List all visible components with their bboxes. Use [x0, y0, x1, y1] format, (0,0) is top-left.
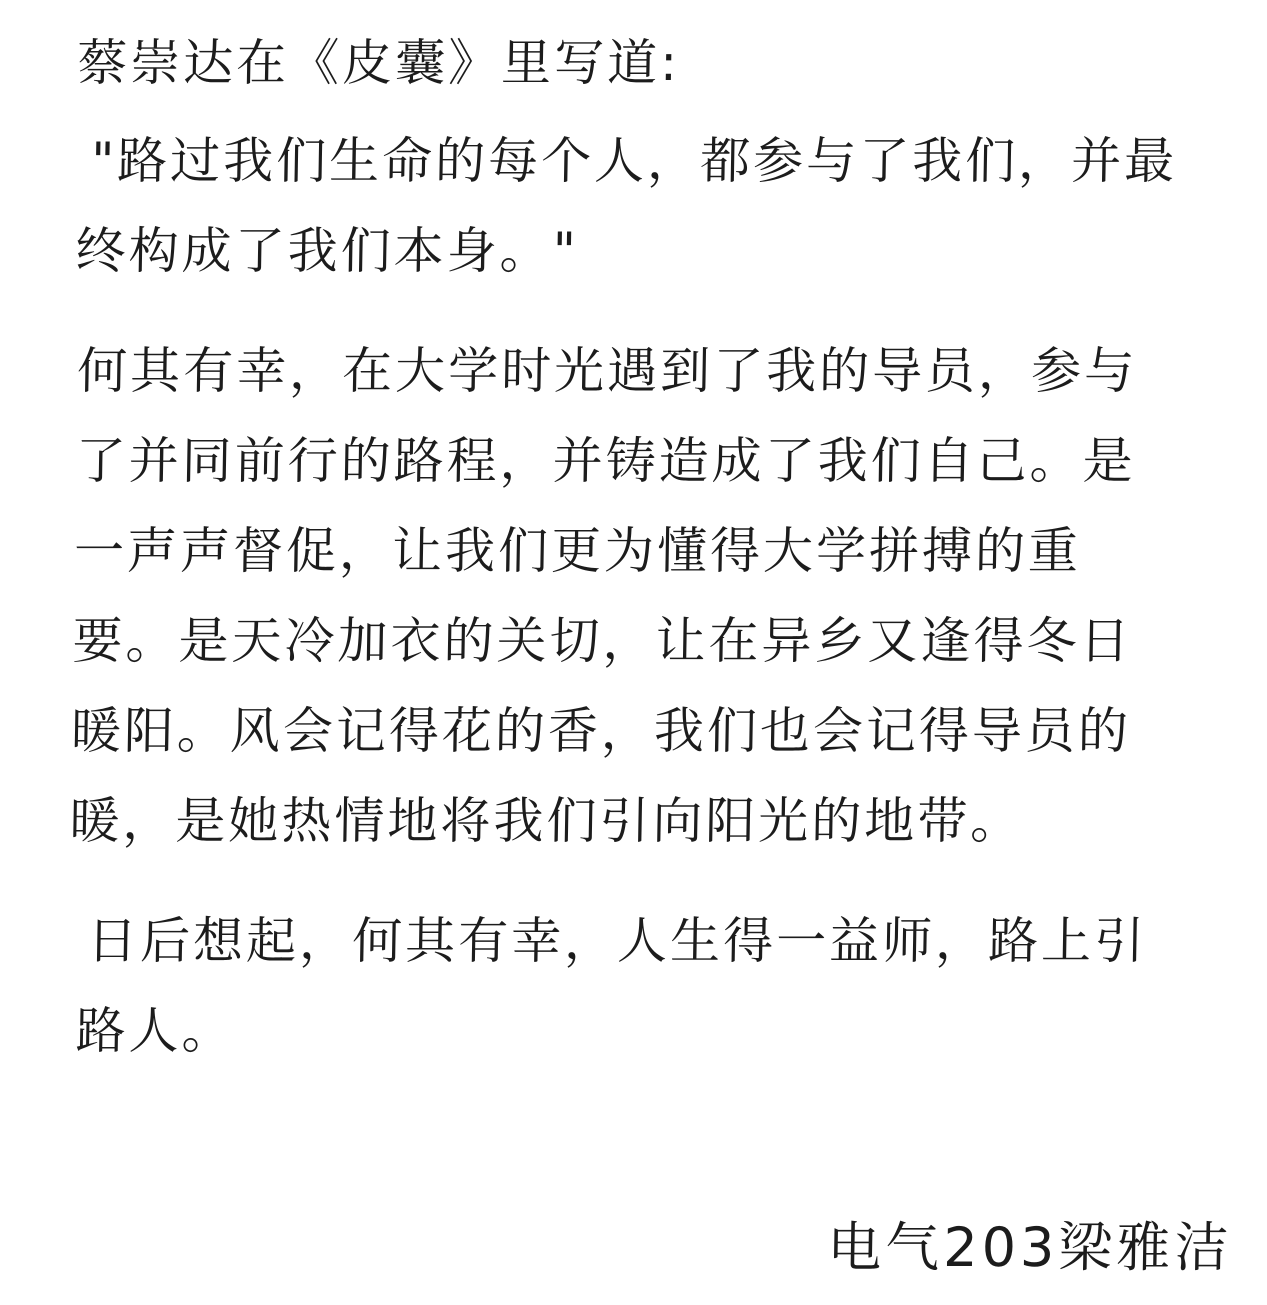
- signature: 电气203梁雅洁: [827, 1208, 1233, 1288]
- closing-paragraph: 日后想起，何其有幸，人生得一益师，路上引路人。: [75, 896, 1185, 1076]
- handwritten-note-page: 蔡崇达在《皮囊》里写道: "路过我们生命的每个人，都参与了我们，并最终构成了我们…: [0, 0, 1267, 1305]
- quote-paragraph: "路过我们生命的每个人，都参与了我们，并最终构成了我们本身。": [75, 116, 1185, 296]
- title-line: 蔡崇达在《皮囊》里写道:: [76, 18, 1185, 108]
- body-paragraph: 何其有幸，在大学时光遇到了我的导员，参与了并同前行的路程，并铸造成了我们自己。是…: [69, 326, 1185, 866]
- text-block: 蔡崇达在《皮囊》里写道: "路过我们生命的每个人，都参与了我们，并最终构成了我们…: [78, 18, 1185, 1106]
